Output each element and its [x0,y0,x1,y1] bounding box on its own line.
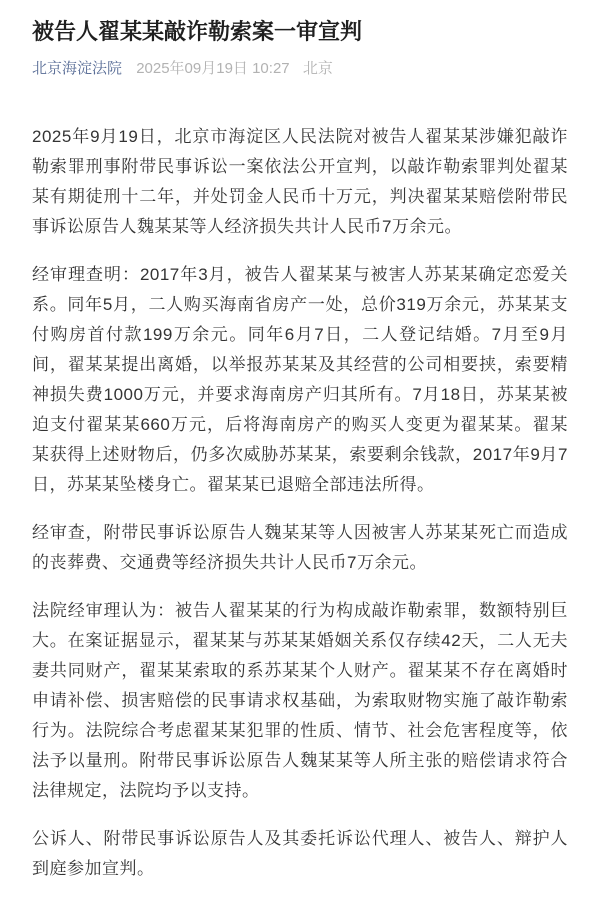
article-meta: 北京海淀法院 2025年09月19日 10:27 北京 [32,60,568,78]
article-title: 被告人翟某某敲诈勒索案一审宣判 [32,17,568,47]
article-paragraph: 法院经审理认为：被告人翟某某的行为构成敲诈勒索罪，数额特别巨大。在案证据显示，翟… [32,596,568,806]
publish-location: 北京 [303,60,333,77]
article-body: 2025年9月19日，北京市海淀区人民法院对被告人翟某某涉嫌犯敲诈勒索罪刑事附带… [32,122,568,884]
article-paragraph: 2025年9月19日，北京市海淀区人民法院对被告人翟某某涉嫌犯敲诈勒索罪刑事附带… [32,122,568,242]
article-paragraph: 经审理查明：2017年3月，被告人翟某某与被害人苏某某确定恋爱关系。同年5月，二… [32,260,568,500]
publish-datetime: 2025年09月19日 10:27 [136,60,289,77]
article-paragraph: 经审查，附带民事诉讼原告人魏某某等人因被害人苏某某死亡而造成的丧葬费、交通费等经… [32,518,568,578]
article-page: 被告人翟某某敲诈勒索案一审宣判 北京海淀法院 2025年09月19日 10:27… [0,0,600,914]
source-account-link[interactable]: 北京海淀法院 [32,60,122,77]
